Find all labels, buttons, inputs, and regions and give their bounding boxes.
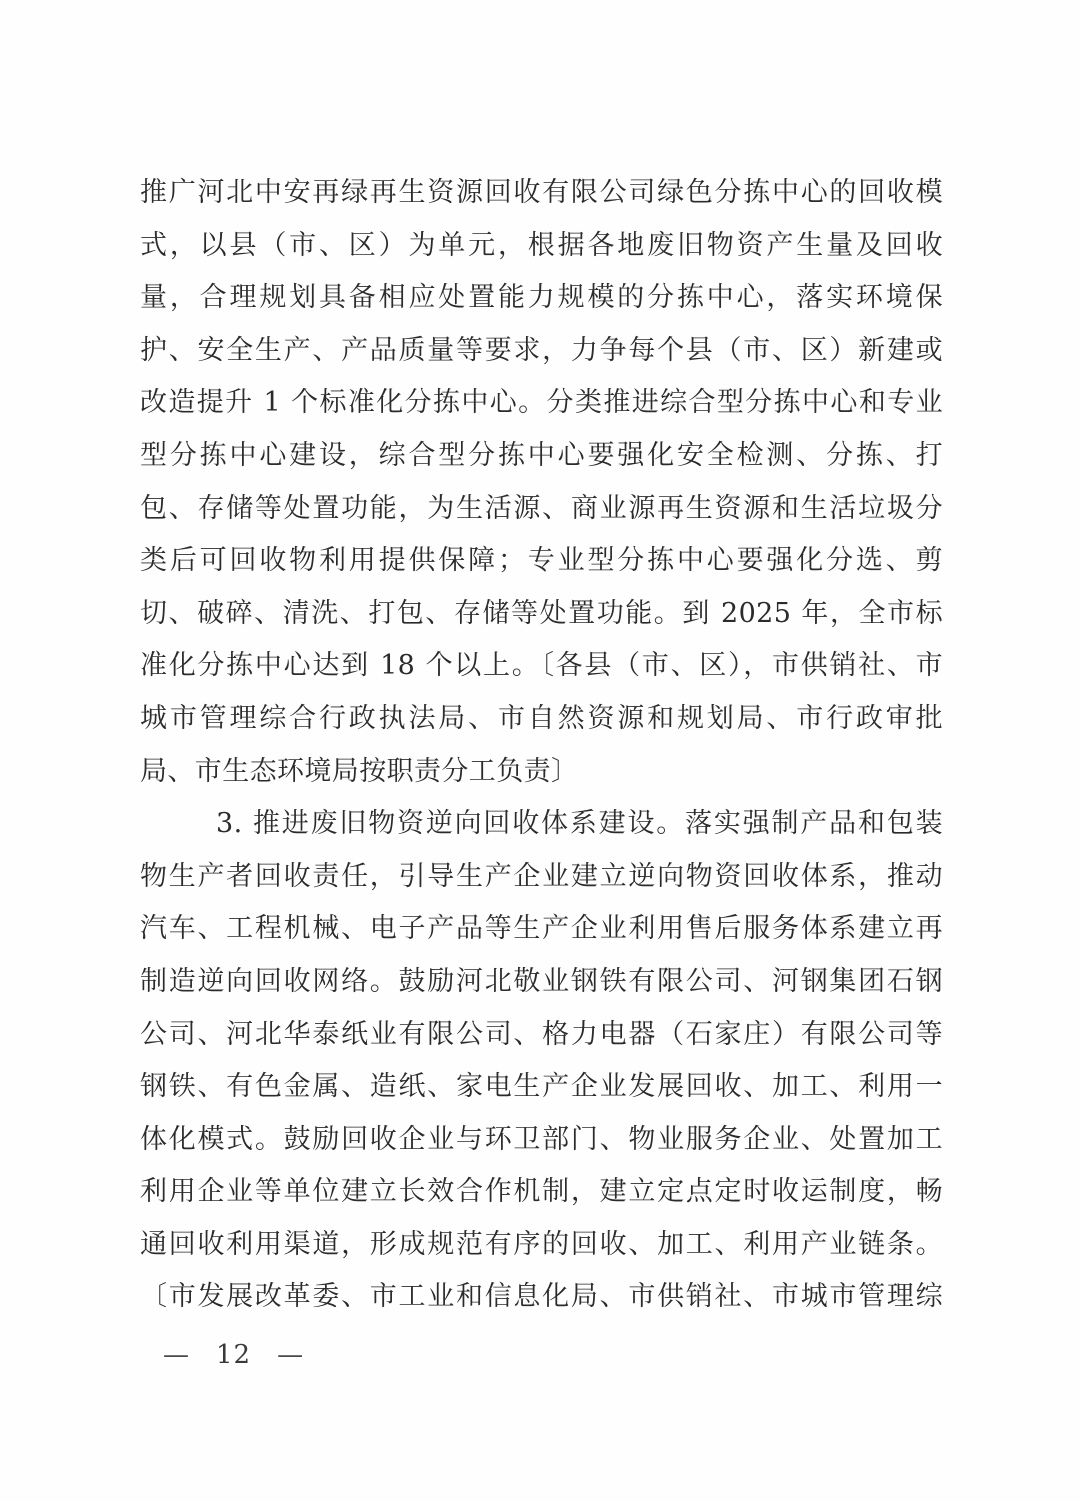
text-line: 体化模式。鼓励回收企业与环卫部门、物业服务企业、处置加工 (140, 1114, 943, 1167)
text-line: 包、存储等处置功能，为生活源、商业源再生资源和生活垃圾分 (140, 483, 943, 536)
text-line: 〔市发展改革委、市工业和信息化局、市供销社、市城市管理综 (140, 1271, 943, 1324)
text-line: 局、市生态环境局按职责分工负责〕 (140, 746, 943, 799)
text-line: 改造提升 1 个标准化分拣中心。分类推进综合型分拣中心和专业 (140, 377, 943, 430)
text-line: 推广河北中安再绿再生资源回收有限公司绿色分拣中心的回收模 (140, 167, 943, 220)
page-number: 12 (216, 1340, 251, 1370)
text-line: 利用企业等单位建立长效合作机制，建立定点定时收运制度，畅 (140, 1166, 943, 1219)
text-line: 钢铁、有色金属、造纸、家电生产企业发展回收、加工、利用一 (140, 1061, 943, 1114)
text-line: 准化分拣中心达到 18 个以上。〔各县（市、区），市供销社、市 (140, 640, 943, 693)
footer-dash-right: — (277, 1340, 304, 1370)
text-line: 公司、河北华泰纸业有限公司、格力电器（石家庄）有限公司等 (140, 1009, 943, 1062)
text-line: 物生产者回收责任，引导生产企业建立逆向物资回收体系，推动 (140, 851, 943, 904)
text-line: 式，以县（市、区）为单元，根据各地废旧物资产生量及回收 (140, 220, 943, 273)
text-line: 通回收利用渠道，形成规范有序的回收、加工、利用产业链条。 (140, 1219, 943, 1272)
text-line: 型分拣中心建设，综合型分拣中心要强化安全检测、分拣、打 (140, 430, 943, 483)
text-line: 制造逆向回收网络。鼓励河北敬业钢铁有限公司、河钢集团石钢 (140, 956, 943, 1009)
text-line: 护、安全生产、产品质量等要求，力争每个县（市、区）新建或 (140, 325, 943, 378)
text-body: 推广河北中安再绿再生资源回收有限公司绿色分拣中心的回收模式，以县（市、区）为单元… (140, 167, 943, 1324)
text-line: 量，合理规划具备相应处置能力规模的分拣中心，落实环境保 (140, 272, 943, 325)
text-line: 切、破碎、清洗、打包、存储等处置功能。到 2025 年，全市标 (140, 588, 943, 641)
text-line: 城市管理综合行政执法局、市自然资源和规划局、市行政审批 (140, 693, 943, 746)
footer-dash-left: — (163, 1340, 190, 1370)
text-line: 3. 推进废旧物资逆向回收体系建设。落实强制产品和包装 (140, 798, 943, 851)
page-footer: —12— (163, 1340, 304, 1370)
text-line: 类后可回收物利用提供保障；专业型分拣中心要强化分选、剪 (140, 535, 943, 588)
document-page: 推广河北中安再绿再生资源回收有限公司绿色分拣中心的回收模式，以县（市、区）为单元… (0, 0, 1080, 1502)
text-line: 汽车、工程机械、电子产品等生产企业利用售后服务体系建立再 (140, 903, 943, 956)
